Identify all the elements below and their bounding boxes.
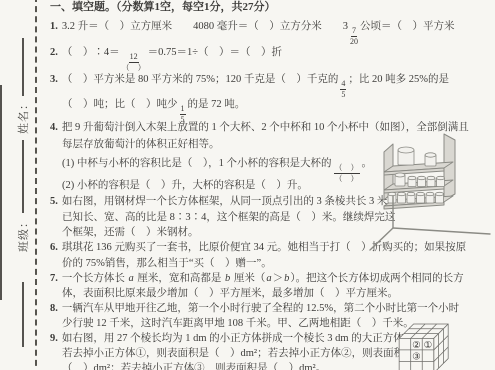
question-text: （ ）∶4＝ xyxy=(62,47,120,58)
binding-dashed-line xyxy=(35,0,37,370)
question-text: 的是 72 吨。 xyxy=(188,99,246,110)
question-text: 一个长方体长 xyxy=(62,273,128,284)
question-line: 5.如右图，用钢材焊一个长方体框架，从同一顶点引出的 3 条棱共长 3 米。 xyxy=(50,195,398,208)
question-text: 厘米，宽和高都是 xyxy=(135,273,224,284)
question-number: 3. xyxy=(50,74,62,85)
question-text: （ ）dm²；若去掉小正方体③，则表面积是（ ）dm²。 xyxy=(62,363,326,370)
cube-label-2: ② xyxy=(412,340,421,351)
fraction: 12（ ） xyxy=(122,52,146,73)
question-number: 6. xyxy=(50,242,62,253)
question-number: 8. xyxy=(50,303,62,314)
section-title: 一、填空题。（分数算1空，每空1分，共27分） xyxy=(50,0,276,14)
question-number: 1. xyxy=(50,21,62,32)
question-text: 如右图，用 27 个棱长均为 1 dm 的小正方体拼成一个棱长 3 dm 的大正… xyxy=(62,333,414,344)
fraction: （ ）（ ） xyxy=(334,163,360,184)
question-text: 。 xyxy=(362,158,373,169)
question-text: （ ）吨；比（ ）吨少 xyxy=(62,99,178,110)
question-line: 若去掉小正方体①，则表面积是（ ）dm²；若去掉小正方体②，则表面积是 xyxy=(62,347,415,360)
question-text: (2) 小杯的容积是（ ）升，大杯的容积是（ ）升。 xyxy=(62,180,308,191)
question-text: 每层存放葡萄汁的体积正好相等。 xyxy=(62,139,220,150)
question-line: 3.（ ）平方米是 80 平方米的 75%；120 千克是（ ）千克的45；比 … xyxy=(50,73,449,100)
question-line: 8.一辆汽车从甲地开往乙地，第一个小时行驶了全程的 12.5%，第二个小时比第一… xyxy=(50,302,459,315)
question-number: 7. xyxy=(50,273,62,284)
question-line: 个框架，还需（ ）米钢材。 xyxy=(62,226,199,239)
cube-label-3: ③ xyxy=(412,352,421,363)
exam-paper-page: 姓名： 班级： 一、填空题。（分数算1空，每空1分，共27分） 1.3.2 升＝… xyxy=(0,0,495,370)
cube-figure: ② ① ③ xyxy=(397,323,459,370)
question-text: 价的 75%销售，那么相当于“买（ ）赠一”。 xyxy=(62,258,272,269)
fraction: 720 xyxy=(350,26,358,47)
math-variable: a xyxy=(265,273,272,284)
question-text: ）。把这个长方体切成两个相同的长方 xyxy=(290,273,463,284)
name-blank-line xyxy=(22,38,24,96)
page-edge-line xyxy=(0,85,2,300)
question-text: (1) 中杯与小杯的容积比是（ ），1 个小杯的容积是大杯的 xyxy=(62,158,332,169)
question-text: 3.2 升＝（ ）立方厘米 4080 毫升＝（ ）立方分米 3 xyxy=(62,21,348,32)
class-blank-line xyxy=(22,140,24,213)
math-variable: a xyxy=(128,273,135,284)
question-line: 1.3.2 升＝（ ）立方厘米 4080 毫升＝（ ）立方分米 3720公顷＝（… xyxy=(50,20,455,47)
question-text: 如右图，用钢材焊一个长方体框架，从同一顶点引出的 3 条棱共长 3 米。 xyxy=(62,196,398,207)
question-text: 公顷＝（ ）平方米 xyxy=(360,21,455,32)
question-number: 5. xyxy=(50,196,62,207)
question-text: ；比 20 吨多 25%的是 xyxy=(348,74,449,85)
question-line: 7.一个长方体长 a 厘米，宽和高都是 b 厘米（a＞b）。把这个长方体切成两个… xyxy=(50,272,464,285)
question-text: （ ）平方米是 80 平方米的 75%；120 千克是（ ）千克的 xyxy=(62,74,339,85)
question-line: 少行驶 12 千米，这时汽车距离甲地 108 千米。甲、乙两地相距（ ）千米。 xyxy=(62,317,414,330)
question-line: 体，表面积比原来最少增加（ ）平方厘米，最多增加（ ）平方厘米。 xyxy=(62,287,398,300)
question-line: 已知长、宽、高的比是 8∶3∶4，这个框架的高是（ ）米。继续焊完这 xyxy=(62,211,395,224)
question-text: ＝0.75＝1÷（ ）＝（ ）折 xyxy=(148,47,282,58)
question-line: （ ）dm²；若去掉小正方体③，则表面积是（ ）dm²。 xyxy=(62,362,326,370)
fraction: 45 xyxy=(340,79,346,100)
question-text: 厘米（ xyxy=(231,273,265,284)
question-number: 2. xyxy=(50,47,62,58)
name-label: 姓名： xyxy=(15,100,27,134)
question-text: 个框架，还需（ ）米钢材。 xyxy=(62,227,199,238)
question-line: 2.（ ）∶4＝12（ ）＝0.75＝1÷（ ）＝（ ）折 xyxy=(50,46,282,73)
question-line: (2) 小杯的容积是（ ）升，大杯的容积是（ ）升。 xyxy=(62,179,308,192)
frame-corner-figure xyxy=(364,192,495,254)
question-text: 一辆汽车从甲地开往乙地，第一个小时行驶了全程的 12.5%，第二个小时比第一个小… xyxy=(62,303,459,314)
question-line: 9.如右图，用 27 个棱长均为 1 dm 的小正方体拼成一个棱长 3 dm 的… xyxy=(50,332,414,345)
question-number: 4. xyxy=(50,122,62,133)
class-label: 班级： xyxy=(15,218,27,252)
question-text: ＞ xyxy=(273,273,284,284)
question-text: 少行驶 12 千米，这时汽车距离甲地 108 千米。甲、乙两地相距（ ）千米。 xyxy=(62,318,414,329)
question-number: 9. xyxy=(50,333,62,344)
cube-label-1: ① xyxy=(424,340,433,351)
question-line: 价的 75%销售，那么相当于“买（ ）赠一”。 xyxy=(62,257,272,270)
question-text: 若去掉小正方体①，则表面积是（ ）dm²；若去掉小正方体②，则表面积是 xyxy=(62,348,415,359)
extra-blank-line xyxy=(22,282,24,347)
question-text: 体，表面积比原来最少增加（ ）平方厘米，最多增加（ ）平方厘米。 xyxy=(62,288,398,299)
question-text: 已知长、宽、高的比是 8∶3∶4，这个框架的高是（ ）米。继续焊完这 xyxy=(62,212,395,223)
question-line: 每层存放葡萄汁的体积正好相等。 xyxy=(62,138,220,151)
